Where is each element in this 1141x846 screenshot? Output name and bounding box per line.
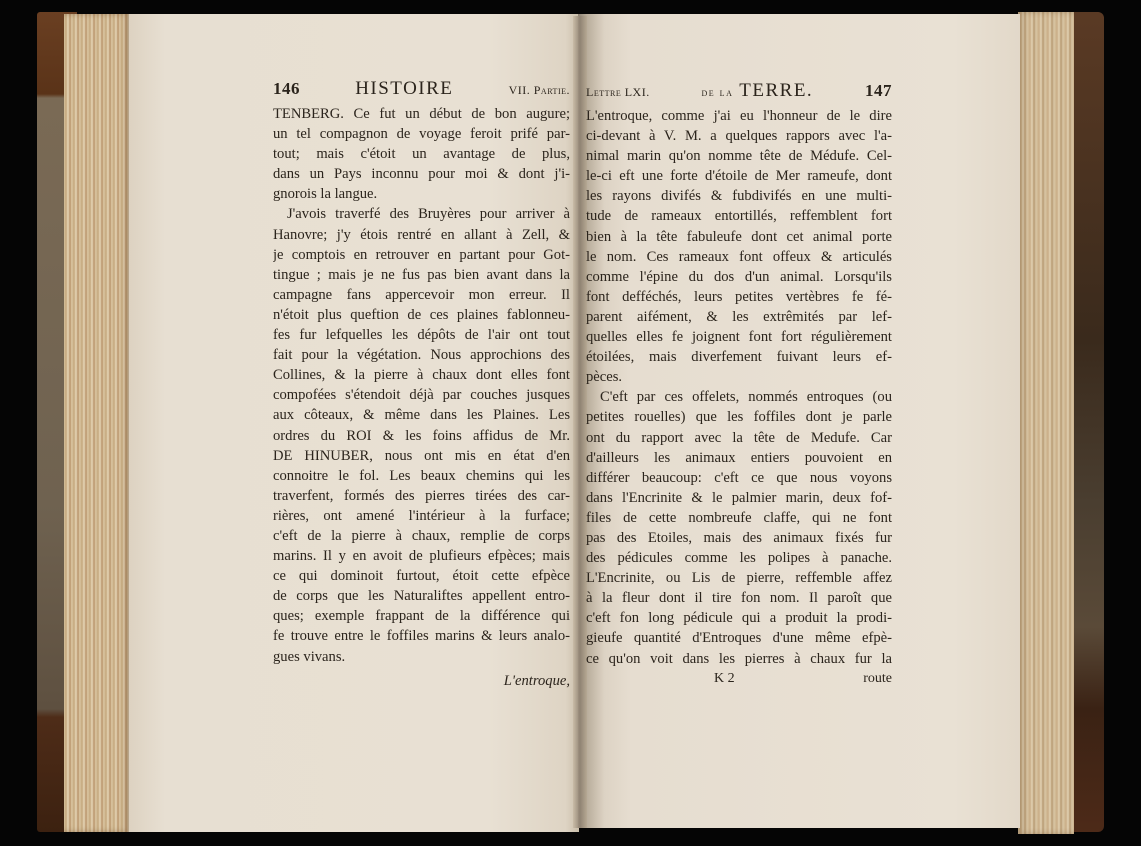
text-line: ordres du ROI & les foins affidus de Mr.	[273, 426, 570, 446]
left-page-edges	[64, 14, 130, 832]
text-line: tout; mais c'étoit un avantage de plus,	[273, 144, 570, 164]
text-line: TENBERG. Ce fut un début de bon augure;	[273, 104, 570, 124]
text-line: ce qu'on voit dans les pierres à chaux f…	[586, 649, 892, 669]
gutter	[573, 16, 587, 828]
text-line: bien à la tête fabuleufe dont cet animal…	[586, 227, 892, 247]
running-section: VII. Partie.	[509, 83, 570, 98]
text-line: gieufe quantité d'Entroques d'une même e…	[586, 628, 892, 648]
right-cover	[1070, 12, 1104, 832]
text-line: ce qui dominoit furtout, étoit cette efp…	[273, 566, 570, 586]
text-line: n'étoit plus queftion de ces plaines fab…	[273, 305, 570, 325]
text-line: je comptois en retrouver en partant pour…	[273, 245, 570, 265]
text-line: petites rouelles) que les foffiles dont …	[586, 407, 892, 427]
text-line: C'eft par ces offelets, nommés entroques…	[586, 387, 892, 407]
text-line: ci-devant à V. M. a quelques rappors ave…	[586, 126, 892, 146]
text-line: tingue ; mais je ne fus pas bien avant d…	[273, 265, 570, 285]
text-line: dans un Pays inconnu pour moi & dont j'i…	[273, 164, 570, 184]
text-line: pas des Etoiles, mais des animaux fixés …	[586, 528, 892, 548]
page-number: 147	[865, 81, 892, 101]
text-line: fe trouve entre le foffiles marins & leu…	[273, 626, 570, 646]
text-line: pèces.	[586, 367, 892, 387]
text-line: ont du rapport avec la tête de Medufe. C…	[586, 428, 892, 448]
page-number: 146	[273, 79, 300, 99]
text-line: le-ci eft une forte d'étoile de Mer rame…	[586, 166, 892, 186]
text-line: aux côteaux, & même dans les Plaines. Le…	[273, 405, 570, 425]
text-line: DE HINUBER, nous ont mis en état d'en	[273, 446, 570, 466]
text-line: nimal marin qu'on nomme tête de Médufe. …	[586, 146, 892, 166]
running-title: de la TERRE.	[702, 80, 814, 102]
text-line: les rayons divifés & fubdivifés en une m…	[586, 186, 892, 206]
text-line: dans l'Encrinite & le palmier marin, deu…	[586, 488, 892, 508]
text-line: ques; exemple frappant de la différence …	[273, 606, 570, 626]
text-line: c'eft de la pierre à chaux, remplie de c…	[273, 526, 570, 546]
text-line: L'entroque, comme j'ai eu l'honneur de l…	[586, 106, 892, 126]
running-title: HISTOIRE	[355, 78, 453, 100]
text-line: tude de rameaux entortillés, reffemblent…	[586, 206, 892, 226]
text-line: marins. Il y en avoit de plufieurs efpèc…	[273, 546, 570, 566]
text-line: c'eft fon long pédicule qui a produit la…	[586, 608, 892, 628]
left-running-head: 146 HISTOIRE VII. Partie.	[273, 78, 570, 104]
text-line: connoitre le fol. Les beaux chemins qui …	[273, 466, 570, 486]
text-line: le nom. Ces rameaux font offeux & articu…	[586, 247, 892, 267]
text-line: Collines, & la pierre à chaux dont elles…	[273, 365, 570, 385]
text-line: files de cette nombreufe claffe, qui ne …	[586, 508, 892, 528]
text-line: campagne fans appercevoir mon erreur. Il	[273, 285, 570, 305]
book-spread: 146 HISTOIRE VII. Partie. TENBERG. Ce fu…	[0, 0, 1141, 846]
text-line: rières, ont amené l'intérieur à la furfa…	[273, 506, 570, 526]
text-line: des pédicules comme les polipes à panach…	[586, 548, 892, 568]
text-line: quelles elles fe joignent font fort régu…	[586, 327, 892, 347]
text-line: un tel compagnon de voyage feroit prifé …	[273, 124, 570, 144]
text-line: gues vivans.	[273, 647, 570, 667]
text-line: Hanovre; j'y étois rentré en allant à Ze…	[273, 225, 570, 245]
running-title-prefix: de la	[702, 85, 734, 99]
text-line: d'ailleurs les animaux entiers pouvoient…	[586, 448, 892, 468]
right-page-edges	[1018, 12, 1074, 834]
text-line: à la fleur dont il tire fon nom. Il paro…	[586, 588, 892, 608]
text-line: fes fur lefquelles les dépôts de l'air o…	[273, 325, 570, 345]
signature-mark: K 2	[714, 671, 735, 691]
text-line: font defféchés, leurs petites vertèbres …	[586, 287, 892, 307]
text-line: compofées s'étendoit déjà par couches ju…	[273, 385, 570, 405]
text-line: L'Encrinite, ou Lis de pierre, reffemble…	[586, 568, 892, 588]
left-page-text: 146 HISTOIRE VII. Partie. TENBERG. Ce fu…	[273, 78, 570, 691]
text-line: de corps que les Naturaliftes appellent …	[273, 586, 570, 606]
catchword: route	[863, 671, 892, 691]
catchword: L'entroque,	[273, 671, 570, 691]
text-line: J'avois traverfé des Bruyères pour arriv…	[273, 204, 570, 224]
page-footer: K 2 route	[586, 671, 892, 691]
text-line: parent aifément, & les extrêmités par le…	[586, 307, 892, 327]
running-title-main: TERRE.	[739, 80, 813, 101]
text-line: gnorois la langue.	[273, 184, 570, 204]
running-section: Lettre LXI.	[586, 85, 650, 100]
text-line: comme l'épine du dos d'un animal. Lorsqu…	[586, 267, 892, 287]
right-body: L'entroque, comme j'ai eu l'honneur de l…	[586, 106, 892, 669]
right-running-head: Lettre LXI. de la TERRE. 147	[586, 80, 892, 106]
right-page-text: Lettre LXI. de la TERRE. 147 L'entroque,…	[586, 80, 892, 691]
text-line: fait pour la végétation. Nous approchion…	[273, 345, 570, 365]
text-line: traverfent, formés des pierres tirées de…	[273, 486, 570, 506]
left-body: TENBERG. Ce fut un début de bon augure; …	[273, 104, 570, 667]
text-line: étoilées, mais diverfement fuivant leurs…	[586, 347, 892, 367]
text-line: différer beaucoup: c'eft ce que nous voy…	[586, 468, 892, 488]
